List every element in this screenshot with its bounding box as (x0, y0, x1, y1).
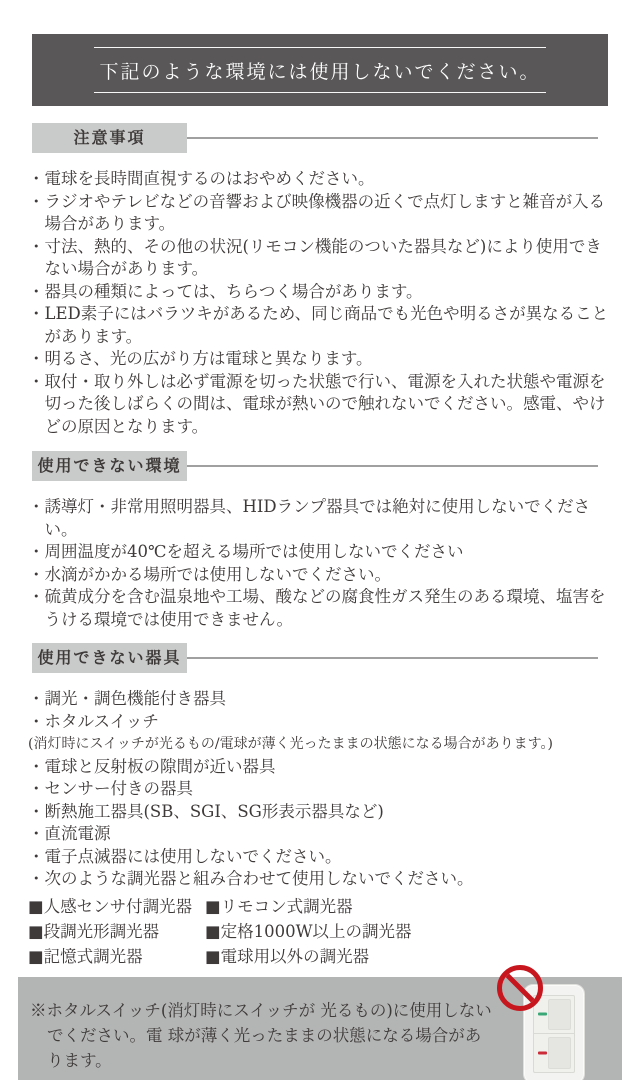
banner-title: 下記のような環境には使用しないでください。 (32, 34, 608, 106)
notice-item: ・ホタルスイッチ (28, 711, 610, 734)
notice-item: (消灯時にスイッチが光るもの/電球が薄く光ったままの状態になる場合があります。) (28, 733, 610, 756)
notice-item: ・センサー付きの器具 (28, 778, 610, 801)
section-heading-fixtures: 使用できない器具 (32, 643, 187, 673)
red-led-indicator (538, 1051, 547, 1054)
warning-banner: 下記のような環境には使用しないでください。 (32, 34, 608, 106)
notice-item: ・誘導灯・非常用照明器具、HIDランプ器具では絶対に使用しないでください。 (28, 496, 610, 541)
dimmer-type-item: ■定格1000W以上の調光器 (205, 919, 412, 944)
dimmer-type-item: ■段調光形調光器 (28, 919, 205, 944)
dimmer-grid-row: ■人感センサ付調光器■リモコン式調光器 (28, 894, 610, 919)
dimmer-type-item: ■記憶式調光器 (28, 944, 205, 969)
section-rule (187, 465, 598, 467)
notice-item: ・寸法、熱的、その他の状況(リモコン機能のついた器具など)により使用できない場合… (28, 236, 610, 281)
notice-item: ・電球を長時間直視するのはおやめください。 (28, 168, 610, 191)
section-heading-row: 使用できない器具 (32, 643, 598, 673)
dimmer-types-grid: ■人感センサ付調光器■リモコン式調光器■段調光形調光器■定格1000W以上の調光… (28, 894, 610, 969)
notice-item: ・電子点滅器には使用しないでください。 (28, 846, 610, 869)
section-heading-cautions: 注意事項 (32, 123, 187, 153)
section-heading-row: 使用できない環境 (32, 451, 598, 481)
section-unusable-fixtures: 使用できない器具 ・調光・調色機能付き器具・ホタルスイッチ(消灯時にスイッチが光… (0, 643, 640, 969)
switch-rocker-bottom (548, 1037, 571, 1069)
switch-button-top (534, 996, 574, 1034)
notice-item: ・取付・取り外しは必ず電源を切った状態で行い、電源を入れた状態や電源を切った後し… (28, 371, 610, 439)
section-heading-environments: 使用できない環境 (32, 451, 187, 481)
notice-item: ・明るさ、光の広がり方は電球と異なります。 (28, 348, 610, 371)
dimmer-type-item: ■人感センサ付調光器 (28, 894, 205, 919)
notice-item: ・器具の種類によっては、ちらつく場合があります。 (28, 281, 610, 304)
warning-document-page: 下記のような環境には使用しないでください。 注意事項 ・電球を長時間直視するのは… (0, 34, 640, 1080)
notice-item: ・断熱施工器具(SB、SGI、SG形表示器具など) (28, 801, 610, 824)
prohibition-slash (501, 968, 540, 1007)
switch-rocker-top (548, 999, 571, 1031)
switch-button-bottom (534, 1033, 574, 1072)
green-led-indicator (538, 1013, 547, 1016)
notice-item: ・調光・調色機能付き器具 (28, 688, 610, 711)
notice-item: ・電球と反射板の隙間が近い器具 (28, 756, 610, 779)
switch-panel (533, 995, 575, 1073)
notice-item: ・直流電源 (28, 823, 610, 846)
section-unusable-environments: 使用できない環境 ・誘導灯・非常用照明器具、HIDランプ器具では絶対に使用しない… (0, 451, 640, 631)
dimmer-type-item: ■リモコン式調光器 (205, 894, 353, 919)
footer-note-text: ※ホタルスイッチ(消灯時にスイッチが 光るもの)に使用しないでください。電 球が… (30, 998, 492, 1073)
notice-item: ・次のような調光器と組み合わせて使用しないでください。 (28, 868, 610, 891)
section-heading-row: 注意事項 (32, 123, 598, 153)
notice-item: ・周囲温度が40℃を超える場所では使用しないでください (28, 541, 610, 564)
section-rule (187, 657, 598, 659)
dimmer-grid-row: ■段調光形調光器■定格1000W以上の調光器 (28, 919, 610, 944)
environments-list: ・誘導灯・非常用照明器具、HIDランプ器具では絶対に使用しないでください。・周囲… (28, 496, 610, 631)
section-rule (187, 137, 598, 139)
prohibition-icon (497, 965, 543, 1011)
notice-item: ・水滴がかかる場所では使用しないでください。 (28, 564, 610, 587)
section-cautions: 注意事項 ・電球を長時間直視するのはおやめください。・ラジオやテレビなどの音響お… (0, 123, 640, 438)
dimmer-type-item: ■電球用以外の調光器 (205, 944, 369, 969)
notice-item: ・ラジオやテレビなどの音響および映像機器の近くで点灯しますと雑音が入る場合があり… (28, 191, 610, 236)
cautions-list: ・電球を長時間直視するのはおやめください。・ラジオやテレビなどの音響および映像機… (28, 168, 610, 438)
notice-item: ・LED素子にはバラツキがあるため、同じ商品でも光色や明るさが異なることがありま… (28, 303, 610, 348)
footer-note: ※ホタルスイッチ(消灯時にスイッチが 光るもの)に使用しないでください。電 球が… (18, 977, 622, 1080)
banner-rule-bottom (94, 92, 546, 93)
notice-item: ・硫黄成分を含む温泉地や工場、酸などの腐食性ガス発生のある環境、塩害をうける環境… (28, 586, 610, 631)
fixtures-list: ・調光・調色機能付き器具・ホタルスイッチ(消灯時にスイッチが光るもの/電球が薄く… (28, 688, 610, 891)
